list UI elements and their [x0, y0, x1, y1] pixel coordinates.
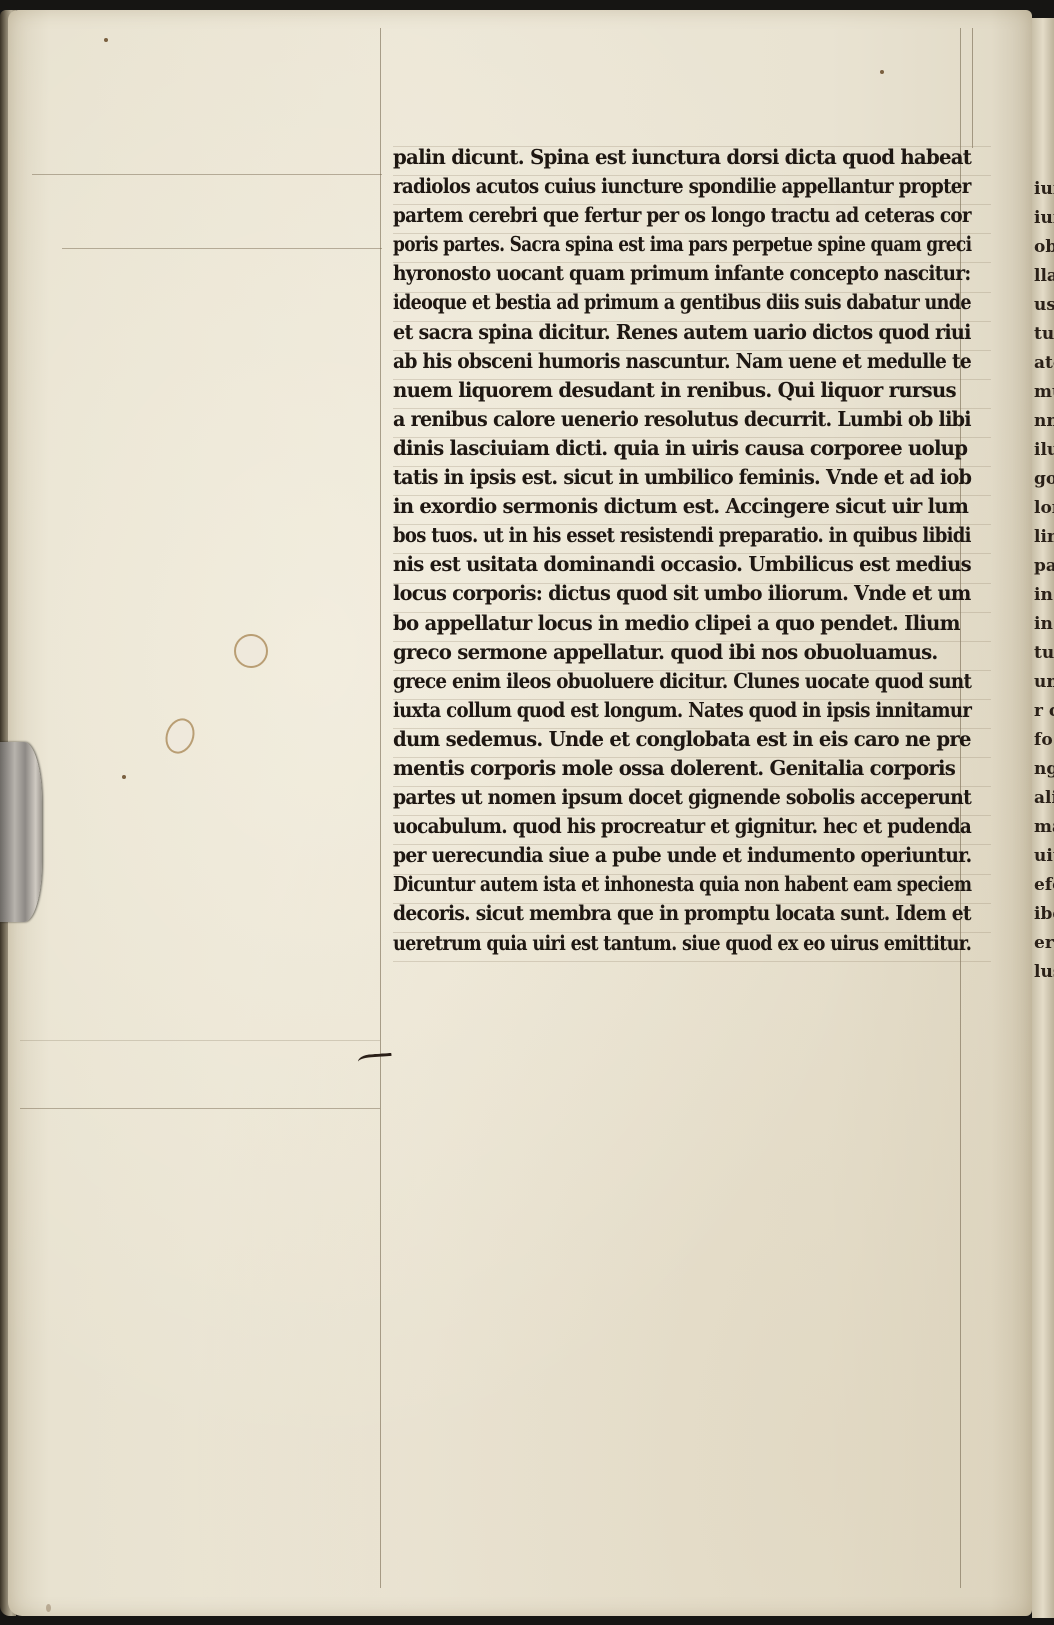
facing-page-fragment: uit [1034, 842, 1054, 871]
manuscript-line: dinis lasciuiam dicti. quia in uiris cau… [393, 434, 971, 463]
top-ruling-2 [62, 248, 382, 249]
manuscript-line: ideoque et bestia ad primum a gentibus d… [393, 288, 908, 317]
bottom-ruling [20, 1108, 380, 1109]
facing-page-fragment: lla [1034, 262, 1054, 291]
manuscript-line: iuxta collum quod est longum. Nates quod… [393, 696, 924, 725]
facing-page-fragment: iun [1034, 175, 1054, 204]
stain-speck [104, 38, 108, 42]
right-outer-rule [972, 28, 973, 148]
facing-page-fragment: fo [1034, 726, 1054, 755]
manuscript-line: nis est usitata dominandi occasio. Umbil… [393, 550, 969, 579]
facing-page-fragment: us [1034, 291, 1054, 320]
manuscript-line: nuem liquorem desudant in renibus. Qui l… [393, 376, 971, 405]
facing-page-fragment: in c [1034, 581, 1054, 610]
facing-page-fragment: ngu [1034, 755, 1054, 784]
facing-page-fragment: ato [1034, 349, 1054, 378]
manuscript-line: ueretrum quia uiri est tantum. siue quod… [393, 929, 909, 958]
stain-speck [880, 70, 884, 74]
manuscript-line: bos tuos. ut in his esset resistendi pre… [393, 521, 920, 550]
manuscript-line: radiolos acutos cuius iuncture spondilie… [393, 172, 927, 201]
manuscript-line: greco sermone appellatur. quod ibi nos o… [393, 638, 971, 667]
facing-page-fragment: nns [1034, 407, 1054, 436]
facing-page-fragment: in S [1034, 610, 1054, 639]
bottom-ruling-2 [20, 1040, 380, 1041]
facing-page-fragment: ern [1034, 929, 1054, 958]
manuscript-line: et sacra spina dicitur. Renes autem uari… [393, 318, 955, 347]
facing-page-fragment: ob [1034, 233, 1054, 262]
manuscript-line: partes ut nomen ipsum docet gignende sob… [393, 783, 943, 812]
facing-page-fragment: tur [1034, 320, 1054, 349]
manuscript-line: poris partes. Sacra spina est ima pars p… [393, 230, 890, 259]
ruling-line [393, 961, 991, 962]
manuscript-line: palin dicunt. Spina est iunctura dorsi d… [393, 143, 971, 172]
facing-page-fragment: efo [1034, 871, 1054, 900]
manuscript-line: bo appellatur locus in medio clipei a qu… [393, 609, 971, 638]
facing-page-fragment: mu [1034, 378, 1054, 407]
manuscript-line: tatis in ipsis est. sicut in umbilico fe… [393, 463, 958, 492]
facing-page-fragment: go [1034, 465, 1054, 494]
facing-page-fragment: ma c [1034, 813, 1054, 842]
book-clasp [0, 742, 42, 922]
facing-page-fragment: iun [1034, 204, 1054, 233]
facing-page-fragment: pat [1034, 552, 1054, 581]
manuscript-line: mentis corporis mole ossa dolerent. Geni… [393, 754, 971, 783]
facing-page-fragment: tur [1034, 639, 1054, 668]
manuscript-line: per uerecundia siue a pube unde et indum… [393, 841, 943, 870]
facing-page-fragment: lon [1034, 494, 1054, 523]
facing-page-fragment: lus [1034, 958, 1054, 987]
facing-page-fragment: um- [1034, 668, 1054, 697]
manuscript-text-column: palin dicunt. Spina est iunctura dorsi d… [393, 143, 993, 958]
manuscript-line: ab his obsceni humoris nascuntur. Nam ue… [393, 347, 940, 376]
top-ruling [32, 174, 382, 175]
facing-page-text: iuniunobllausturatomunnsilugolonlinipati… [1034, 175, 1054, 987]
facing-page-fragment: alis [1034, 784, 1054, 813]
manuscript-line: a renibus calore uenerio resolutus decur… [393, 405, 954, 434]
stain-speck [46, 1604, 51, 1612]
manuscript-line: Dicuntur autem ista et inhonesta quia no… [393, 870, 899, 899]
manuscript-line: in exordio sermonis dictum est. Accinger… [393, 492, 971, 521]
left-margin-rule [380, 28, 381, 1588]
manuscript-line: uocabulum. quod his procreatur et gignit… [393, 812, 931, 841]
manuscript-line: decoris. sicut membra que in promptu loc… [393, 899, 940, 928]
paragraph-mark [357, 1053, 392, 1072]
parchment-hole [234, 634, 268, 668]
manuscript-line: partem cerebri que fertur per os longo t… [393, 201, 931, 230]
facing-page-fragment: ilu [1034, 436, 1054, 465]
manuscript-line: grece enim ileos obuoluere dicitur. Clun… [393, 667, 929, 696]
facing-page-fragment: lini [1034, 523, 1054, 552]
manuscript-line: locus corporis: dictus quod sit umbo ili… [393, 579, 959, 608]
facing-page-fragment: iber [1034, 900, 1054, 929]
manuscript-line: dum sedemus. Unde et conglobata est in e… [393, 725, 969, 754]
stain-speck [122, 775, 126, 779]
manuscript-line: hyronosto uocant quam primum infante con… [393, 259, 937, 288]
facing-page-fragment: r cu [1034, 697, 1054, 726]
